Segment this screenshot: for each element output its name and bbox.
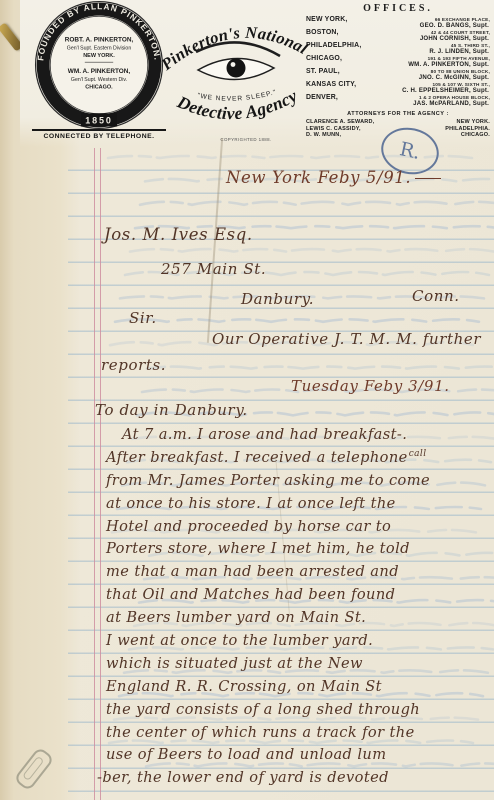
seal-title-west: Gen'l Supt. Western Div. <box>71 77 127 83</box>
handwritten-line: from Mr. James Porter asking me to come <box>106 470 490 493</box>
handwritten-line: Hotel and proceeded by horse car to <box>106 516 490 539</box>
telephone-rule <box>32 129 166 131</box>
seal-city-east: NEW YORK. <box>83 53 115 59</box>
attorney-name: D. W. MUNN, <box>306 132 341 139</box>
logo-line-2: Detective Agency <box>174 85 301 123</box>
dateline: New York Feby 5/91. <box>226 168 441 187</box>
office-city: NEW YORK, <box>306 17 348 23</box>
seal-name-east: ROBT. A. PINKERTON, <box>65 36 134 43</box>
office-entry: BOSTON, 42 & 44 COURT STREET, JOHN CORNI… <box>306 30 490 42</box>
line-text: the center of which runs a track for the <box>106 724 415 741</box>
handwritten-line: at Beers lumber yard on Main St. <box>106 607 490 630</box>
handwritten-line: that Oil and Matches had been found <box>106 584 490 607</box>
handwritten-line: use of Beers to load and unload lum <box>106 744 490 767</box>
intro-line-2: reports. <box>101 356 166 374</box>
line-text: that Oil and Matches had been found <box>106 586 395 603</box>
recipient-state: Conn. <box>412 287 460 305</box>
office-entry: PHILADELPHIA, 45 S. THIRD ST., R. J. LIN… <box>306 43 490 55</box>
seal-title-east: Gen'l Supt. Eastern Division <box>67 45 132 51</box>
attorney-entry: CLARENCE A. SEWARD, NEW YORK. <box>306 119 490 126</box>
line-text: the yard consists of a long shed through <box>106 701 420 718</box>
line-text: Hotel and proceeded by horse car to <box>106 518 391 535</box>
handwritten-line: me that a man had been arrested and <box>106 561 490 584</box>
day-location-line: To day in Danbury. <box>95 401 248 419</box>
offices-title: OFFICES. <box>306 3 490 14</box>
line-text: At 7 a.m. I arose and had breakfast-. <box>122 426 407 443</box>
report-date: Tuesday Feby 3/91. <box>291 377 450 395</box>
handwritten-line: At 7 a.m. I arose and had breakfast-. <box>106 424 490 447</box>
line-text: England R. R. Crossing, on Main St <box>106 678 382 695</box>
line-text: which is situated just at the New <box>106 655 363 672</box>
line-text: use of Beers to load and unload lum <box>106 746 386 763</box>
handwritten-line: Porters store, where I met him, he told <box>106 538 490 561</box>
line-text: I went at once to the lumber yard. <box>106 632 373 649</box>
office-city: KANSAS CITY, <box>306 82 356 88</box>
office-city: PHILADELPHIA, <box>306 43 361 49</box>
handwritten-line: at once to his store. I at once left the <box>106 493 490 516</box>
file-mark-letter: R. <box>398 138 422 164</box>
line-text: Porters store, where I met him, he told <box>106 540 410 557</box>
recipient-city: Danbury. <box>241 290 314 308</box>
seal-city-west: CHICAGO. <box>85 85 113 91</box>
handwritten-line: I went at once to the lumber yard. <box>106 630 490 653</box>
superscript-insert: call <box>409 443 427 466</box>
line-text: at Beers lumber yard on Main St. <box>106 609 366 626</box>
handwritten-line: England R. R. Crossing, on Main St <box>106 676 490 699</box>
line-text: from Mr. James Porter asking me to come <box>106 472 430 489</box>
handwritten-line: which is situated just at the New <box>106 653 490 676</box>
handwritten-line: the center of which runs a track for the <box>106 722 490 745</box>
office-list: NEW YORK, 66 EXCHANGE PLACE, GEO. D. BAN… <box>306 17 490 107</box>
recipient-name: Jos. M. Ives Esq. <box>104 225 253 244</box>
office-entry: CHICAGO, 191 & 193 FIFTH AVENUE, WM. A. … <box>306 56 490 68</box>
line-text: -ber, the lower end of yard is devoted <box>97 769 389 786</box>
line-text: After breakfast. I received a telephone <box>106 449 408 466</box>
handwritten-line: After breakfast. I received a telephonec… <box>106 447 490 470</box>
report-body: At 7 a.m. I arose and had breakfast-. Af… <box>106 424 490 790</box>
seal-name-west: WM. A. PINKERTON, <box>68 68 131 75</box>
scanned-letter-page: FOUNDED BY ALLAN PINKERTON. 1850 ROBT. A… <box>0 0 494 800</box>
telephone-note: CONNECTED BY TELEPHONE. <box>28 133 170 140</box>
intro-line-1: Our Operative J. T. M. M. further <box>212 330 481 348</box>
attorney-city: PHILADELPHIA. <box>445 126 490 133</box>
attorney-name: CLARENCE A. SEWARD, <box>306 119 374 126</box>
attorney-city: NEW YORK. <box>457 119 490 126</box>
office-city: DENVER, <box>306 95 338 101</box>
office-city: BOSTON, <box>306 30 339 36</box>
agency-logo: Pinkerton's National "WE NEVER SLEEP." D… <box>150 2 322 144</box>
office-entry: ST. PAUL, 80 TO 88 UNION BLOCK, JNO. C. … <box>306 69 490 81</box>
seal-year: 1850 <box>85 116 113 126</box>
line-text: at once to his store. I at once left the <box>106 495 396 512</box>
letterhead: FOUNDED BY ALLAN PINKERTON. 1850 ROBT. A… <box>20 0 494 147</box>
office-entry: NEW YORK, 66 EXCHANGE PLACE, GEO. D. BAN… <box>306 17 490 29</box>
office-city: CHICAGO, <box>306 56 342 62</box>
office-entry: KANSAS CITY, 105 & 107 W. SIXTH ST., C. … <box>306 82 490 94</box>
pinkerton-seal: FOUNDED BY ALLAN PINKERTON. 1850 ROBT. A… <box>28 0 170 136</box>
office-city: ST. PAUL, <box>306 69 340 75</box>
line-text: me that a man had been arrested and <box>106 563 399 580</box>
office-entry: DENVER, 1 & 2 OPERA HOUSE BLOCK, JAS. Mc… <box>306 95 490 107</box>
office-superintendent: JAS. McPARLAND, Supt. <box>306 101 490 107</box>
attorney-name: LEWIS C. CASSIDY, <box>306 126 361 133</box>
handwritten-line: the yard consists of a long shed through <box>106 699 490 722</box>
attorney-city: CHICAGO. <box>461 132 490 139</box>
copyright-note: COPYRIGHTED 1888. <box>220 137 271 142</box>
salutation: Sir. <box>129 309 157 327</box>
offices-block: OFFICES. NEW YORK, 66 EXCHANGE PLACE, GE… <box>306 3 490 139</box>
handwritten-line: -ber, the lower end of yard is devoted <box>97 767 490 790</box>
attorneys-title: ATTORNEYS FOR THE AGENCY : <box>306 111 490 117</box>
